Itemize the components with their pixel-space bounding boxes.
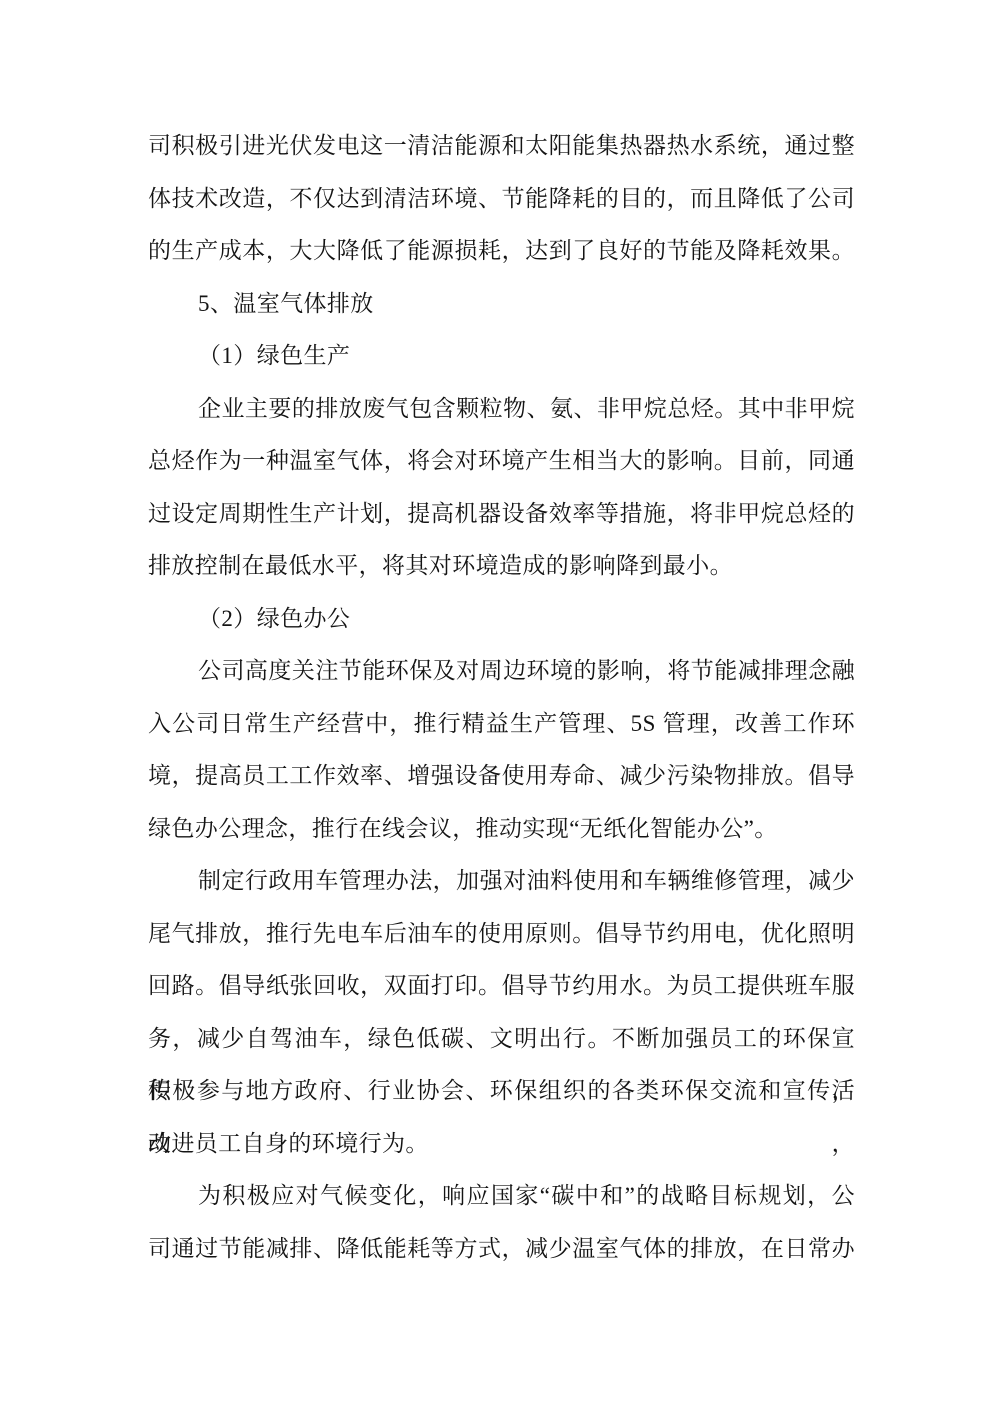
body-line: 公司高度关注节能环保及对周边环境的影响，将节能减排理念融 xyxy=(148,645,855,698)
body-line: 司通过节能减排、降低能耗等方式，减少温室气体的排放，在日常办 xyxy=(148,1223,855,1276)
body-line: 尾气排放，推行先电车后油车的使用原则。倡导节约用电，优化照明 xyxy=(148,908,855,961)
body-line: 回路。倡导纸张回收，双面打印。倡导节约用水。为员工提供班车服 xyxy=(148,960,855,1013)
body-line: 过设定周期性生产计划，提高机器设备效率等措施，将非甲烷总烃的 xyxy=(148,488,855,541)
body-line: 绿色办公理念，推行在线会议，推动实现“无纸化智能办公”。 xyxy=(148,803,855,856)
body-line: 体技术改造，不仅达到清洁环境、节能降耗的目的，而且降低了公司 xyxy=(148,173,855,226)
body-line: 为积极应对气候变化，响应国家“碳中和”的战略目标规划，公 xyxy=(148,1170,855,1223)
body-line: 排放控制在最低水平，将其对环境造成的影响降到最小。 xyxy=(148,540,855,593)
section-heading: 5、温室气体排放 xyxy=(148,278,855,331)
body-line: 企业主要的排放废气包含颗粒物、氨、非甲烷总烃。其中非甲烷 xyxy=(148,383,855,436)
body-line: 入公司日常生产经营中，推行精益生产管理、5S 管理，改善工作环 xyxy=(148,698,855,751)
body-line: 制定行政用车管理办法，加强对油料使用和车辆维修管理，减少 xyxy=(148,855,855,908)
body-line: 务，减少自驾油车，绿色低碳、文明出行。不断加强员工的环保宣传， xyxy=(148,1013,855,1066)
subsection-heading: （2）绿色办公 xyxy=(148,593,855,646)
body-line: 积极参与地方政府、行业协会、环保组织的各类环保交流和宣传活动， xyxy=(148,1065,855,1118)
subsection-heading: （1）绿色生产 xyxy=(148,330,855,383)
document-page: 司积极引进光伏发电这一清洁能源和太阳能集热器热水系统，通过整 体技术改造，不仅达… xyxy=(0,0,1000,1415)
body-line: 司积极引进光伏发电这一清洁能源和太阳能集热器热水系统，通过整 xyxy=(148,120,855,173)
body-line: 境，提高员工工作效率、增强设备使用寿命、减少污染物排放。倡导 xyxy=(148,750,855,803)
body-line: 总烃作为一种温室气体，将会对环境产生相当大的影响。目前，同通 xyxy=(148,435,855,488)
body-line: 的生产成本，大大降低了能源损耗，达到了良好的节能及降耗效果。 xyxy=(148,225,855,278)
document-text-block: 司积极引进光伏发电这一清洁能源和太阳能集热器热水系统，通过整 体技术改造，不仅达… xyxy=(148,120,855,1275)
